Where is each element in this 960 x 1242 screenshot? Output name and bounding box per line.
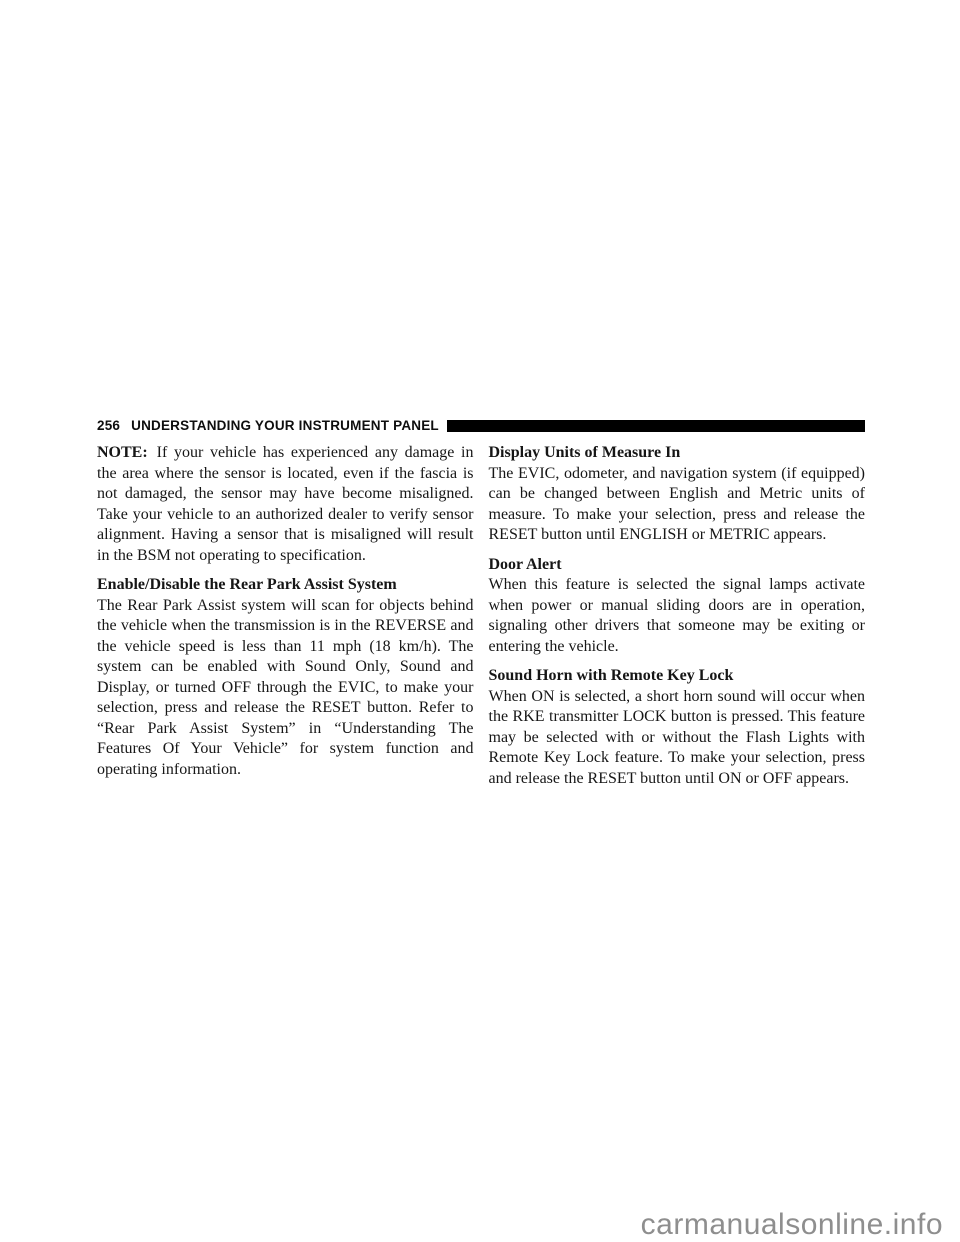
header-title: UNDERSTANDING YOUR INSTRUMENT PANEL xyxy=(131,418,439,433)
note-text: If your vehicle has experienced any dama… xyxy=(97,444,474,564)
section-display-units: Display Units of Measure In The EVIC, od… xyxy=(489,443,866,546)
section-body: When this feature is selected the signal… xyxy=(489,575,866,657)
section-rear-park-assist: Enable/Disable the Rear Park Assist Syst… xyxy=(97,575,474,780)
section-heading: Enable/Disable the Rear Park Assist Syst… xyxy=(97,575,474,596)
content-columns: NOTE:If your vehicle has experienced any… xyxy=(97,443,865,789)
note-label: NOTE: xyxy=(97,444,157,461)
left-column: NOTE:If your vehicle has experienced any… xyxy=(97,443,474,789)
section-heading: Sound Horn with Remote Key Lock xyxy=(489,666,866,687)
section-heading: Display Units of Measure In xyxy=(489,443,866,464)
note-paragraph: NOTE:If your vehicle has experienced any… xyxy=(97,443,474,566)
section-body: The EVIC, odometer, and navigation syste… xyxy=(489,464,866,546)
watermark-carmanualsonline: carmanualsonline.info xyxy=(641,1210,943,1240)
section-body: The Rear Park Assist system will scan fo… xyxy=(97,596,474,781)
right-column: Display Units of Measure In The EVIC, od… xyxy=(489,443,866,789)
section-sound-horn: Sound Horn with Remote Key Lock When ON … xyxy=(489,666,866,789)
section-body: When ON is selected, a short horn sound … xyxy=(489,687,866,790)
section-door-alert: Door Alert When this feature is selected… xyxy=(489,555,866,658)
page-header: 256 UNDERSTANDING YOUR INSTRUMENT PANEL xyxy=(97,418,865,433)
header-rule-bar xyxy=(447,420,865,432)
section-heading: Door Alert xyxy=(489,555,866,576)
page-number: 256 xyxy=(97,418,120,433)
